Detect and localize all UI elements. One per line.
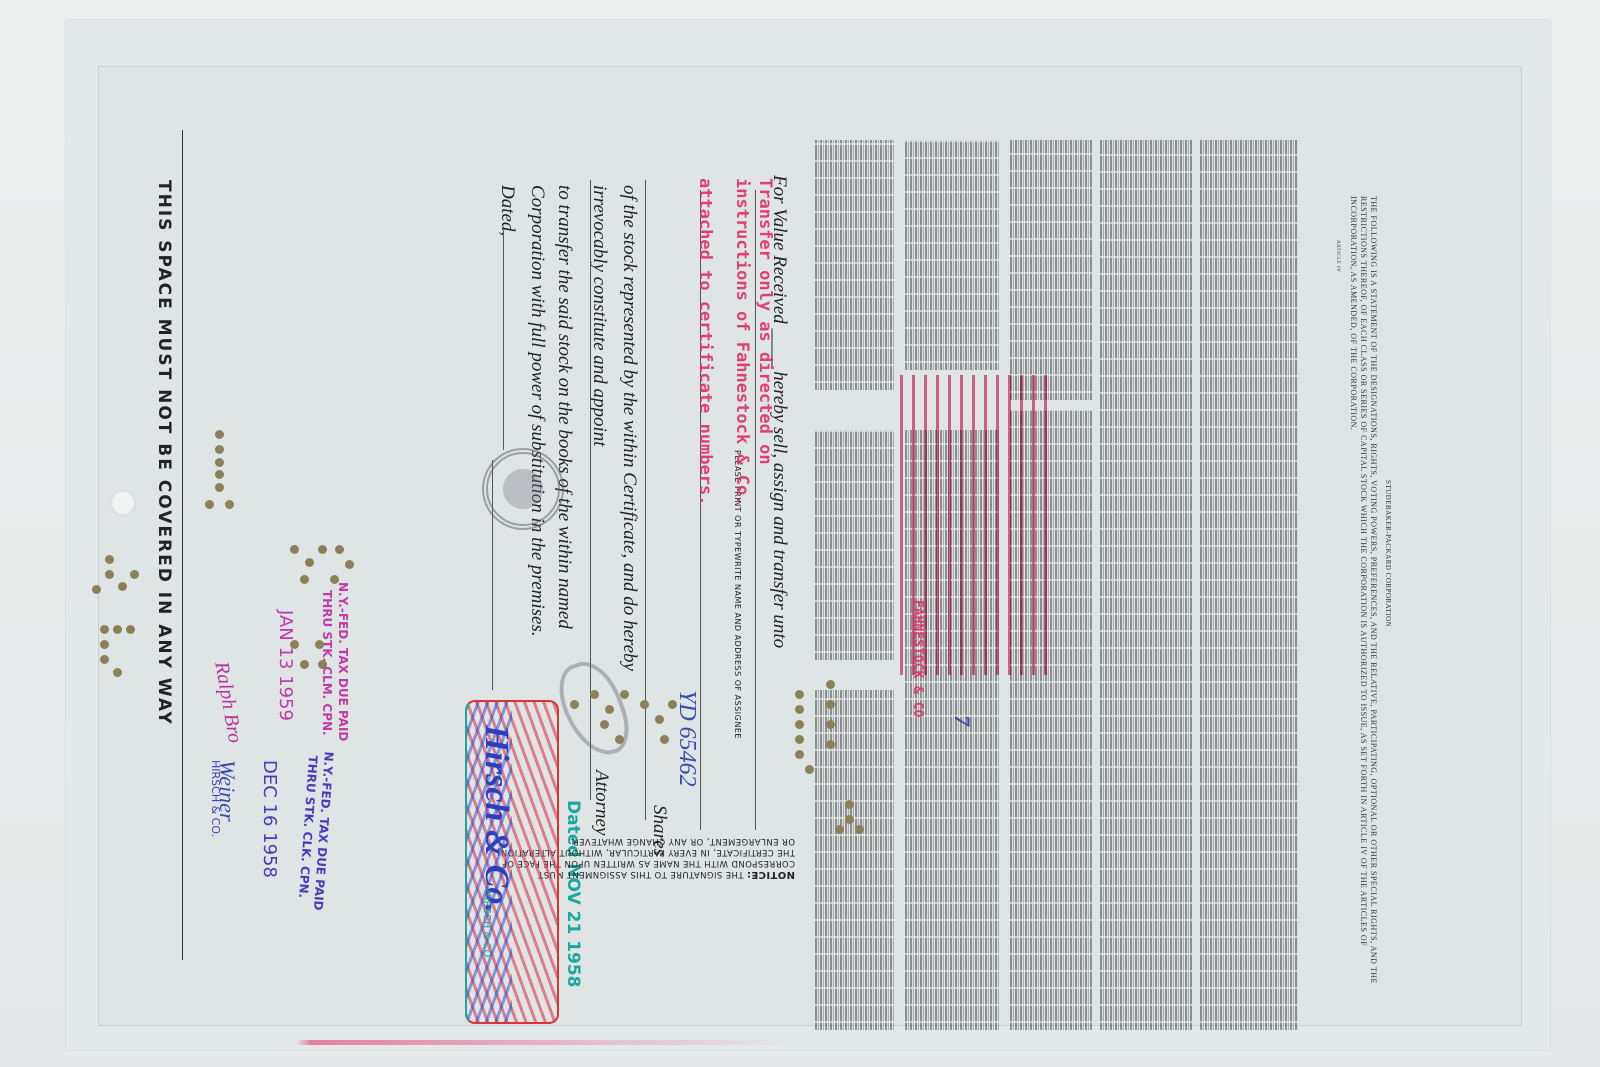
fine-print-column	[905, 140, 1000, 370]
blue-mark: 7	[949, 715, 975, 726]
perforation-dot	[215, 470, 224, 479]
fine-print-column	[1200, 140, 1298, 1030]
perforation-dot	[100, 655, 109, 664]
perforation-dot	[826, 680, 835, 689]
perforation-dot	[130, 570, 139, 579]
tax-stamp-magenta-line-1: N.Y.-FED. TAX DUE PAID	[336, 582, 350, 741]
perforation-dot	[600, 720, 609, 729]
company-name: STUDEBAKER-PACKARD CORPORATION	[1384, 480, 1392, 627]
perforation-dot	[668, 700, 677, 709]
guarantee-caption: HIRSCH & CO.	[481, 890, 492, 960]
attorney-label: Attorney	[590, 770, 612, 835]
perforation-dot	[92, 585, 101, 594]
perforation-dot	[655, 715, 664, 724]
blue-signature-caption: HIRSCH & CO.	[209, 760, 222, 837]
perforation-dot	[590, 690, 599, 699]
statement-heading-line-3: INCORPORATION, AS AMENDED, OF THE CORPOR…	[1349, 196, 1358, 430]
perforation-dot	[826, 740, 835, 749]
perforation-dot	[605, 705, 614, 714]
dated-line	[503, 230, 504, 450]
fine-print-column	[815, 430, 895, 660]
perforation-dot	[330, 575, 339, 584]
perforation-dot	[315, 640, 324, 649]
perforation-dot	[845, 815, 854, 824]
perforation-dot	[805, 765, 814, 774]
form-irrevocably: irrevocably constitute and appoint	[588, 185, 610, 447]
bleed-through-border	[98, 66, 1522, 1026]
perforation-dot	[335, 545, 344, 554]
perforation-dot	[660, 735, 669, 744]
perforation-dot	[318, 660, 327, 669]
dated-label: Dated,	[496, 185, 518, 236]
perforation-dot	[855, 825, 864, 834]
perforation-dot	[225, 500, 234, 509]
red-instruction-line-3: attached to certificate numbers.	[695, 178, 715, 506]
perforation-dot	[100, 625, 109, 634]
statement-heading-line-1: THE FOLLOWING IS A STATEMENT OF THE DESI…	[1369, 196, 1378, 984]
fine-print-column	[1100, 140, 1192, 1030]
perforation-dot	[300, 575, 309, 584]
perforation-dot	[570, 700, 579, 709]
perforation-dot	[118, 582, 127, 591]
red-stamp-name: FAHNESTOCK & CO	[910, 600, 925, 717]
perforation-dot	[845, 800, 854, 809]
perforation-dot	[113, 668, 122, 677]
perforation-dot	[795, 690, 804, 699]
form-corporation: Corporation with full power of substitut…	[526, 185, 548, 637]
perforation-dot	[290, 640, 299, 649]
guarantee-signature: Hirsch & Co.	[477, 725, 515, 913]
perforation-dot	[795, 750, 804, 759]
binder-hole	[110, 490, 136, 516]
handwritten-certificate-number: YD 65462	[673, 690, 700, 787]
tax-date-blue: DEC 16 1958	[259, 760, 280, 878]
perforation-dot	[126, 625, 135, 634]
perforation-dot	[795, 735, 804, 744]
perforation-dot	[113, 625, 122, 634]
margin-rule	[182, 130, 183, 960]
red-instruction-line-2: instructions of Fahnestock & Co.	[732, 178, 752, 506]
perforation-dot	[620, 690, 629, 699]
perforation-dot	[215, 483, 224, 492]
dated-stamp: Dated NOV 21 1958	[563, 800, 583, 988]
perforation-dot	[795, 720, 804, 729]
perforation-dot	[215, 458, 224, 467]
perforation-dot	[318, 545, 327, 554]
perforation-dot	[345, 560, 354, 569]
statement-heading-line-2: RESTRICTIONS THEREOF, OF EACH CLASS OR S…	[1359, 196, 1368, 946]
red-instruction-line-1: Transfer only as directed on	[755, 178, 775, 465]
perforation-dot	[615, 735, 624, 744]
perforation-dot	[305, 558, 314, 567]
form-stock-represented: of the stock represented by the within C…	[618, 185, 640, 671]
perforation-dot	[100, 640, 109, 649]
article-label: ARTICLE IV	[1335, 240, 1340, 272]
perforation-dot	[826, 700, 835, 709]
perforation-dot	[105, 555, 114, 564]
perforation-dot	[826, 720, 835, 729]
tax-date-magenta: JAN 13 1959	[275, 610, 296, 721]
shares-line	[645, 180, 646, 820]
perforation-dot	[795, 705, 804, 714]
perforation-dot	[205, 500, 214, 509]
perforation-dot	[290, 545, 299, 554]
perforation-dot	[105, 570, 114, 579]
perforation-dot	[835, 825, 844, 834]
perforation-dot	[300, 660, 309, 669]
notice-label: NOTICE:	[747, 869, 795, 880]
fine-print-column	[1010, 140, 1092, 400]
corporate-seal-bleed	[482, 448, 564, 530]
form-to-transfer: to transfer the said stock on the books …	[553, 185, 575, 629]
perforation-dot	[215, 445, 224, 454]
perforation-dot	[640, 700, 649, 709]
fine-print-column	[815, 140, 895, 390]
margin-notice: THIS SPACE MUST NOT BE COVERED IN ANY WA…	[154, 180, 174, 726]
perforation-dot	[215, 430, 224, 439]
pink-edge-mark	[80, 1040, 1520, 1045]
